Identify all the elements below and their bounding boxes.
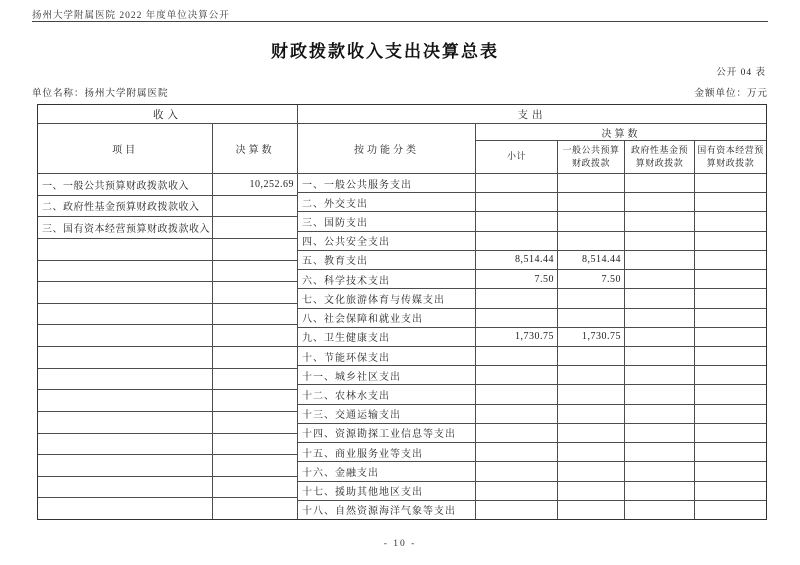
- income-section: 收入 项目 决算数 一、一般公共预算财政拨款收入 10,252.69 二、政府性…: [38, 105, 298, 519]
- expenditure-header-row: 按功能分类 决算数 小计 一般公共预算财政拨款 政府性基金预算财政拨款 国有资本…: [298, 124, 766, 174]
- income-row: [38, 282, 297, 304]
- income-item-cell: [38, 369, 213, 390]
- income-row: [38, 304, 297, 326]
- expenditure-gov-fund-cell: [625, 309, 695, 327]
- expenditure-gov-fund-cell: [625, 328, 695, 346]
- expenditure-gov-fund-cell: [625, 482, 695, 500]
- expenditure-item-cell: 二、外交支出: [298, 193, 476, 211]
- expenditure-subtotal-cell: 1,730.75: [476, 328, 558, 346]
- expenditure-state-capital-cell: [695, 366, 766, 384]
- expenditure-general-budget-cell: [558, 193, 625, 211]
- fiscal-table: 收入 项目 决算数 一、一般公共预算财政拨款收入 10,252.69 二、政府性…: [37, 104, 767, 520]
- expenditure-row: 九、卫生健康支出 1,730.75 1,730.75: [298, 328, 766, 347]
- header-rule: [32, 21, 768, 22]
- expenditure-row: 十七、援助其他地区支出: [298, 482, 766, 501]
- income-item-cell: 一、一般公共预算财政拨款收入: [38, 174, 213, 195]
- expenditure-state-capital-cell: [695, 328, 766, 346]
- page-title: 财政拨款收入支出决算总表: [0, 37, 770, 62]
- expenditure-item-cell: 十四、资源勘探工业信息等支出: [298, 424, 476, 442]
- income-section-header: 收入: [38, 105, 297, 124]
- expenditure-col-general-budget-header: 一般公共预算财政拨款: [558, 141, 625, 173]
- income-row: [38, 455, 297, 477]
- expenditure-item-cell: 八、社会保障和就业支出: [298, 309, 476, 327]
- expenditure-col-function-header: 按功能分类: [298, 124, 476, 173]
- expenditure-general-budget-cell: [558, 385, 625, 403]
- income-row: 二、政府性基金预算财政拨款收入: [38, 196, 297, 218]
- income-amount-cell: [213, 434, 297, 455]
- expenditure-general-budget-cell: [558, 462, 625, 480]
- expenditure-subtotal-cell: [476, 212, 558, 230]
- income-amount-cell: 10,252.69: [213, 174, 297, 195]
- expenditure-general-budget-cell: [558, 482, 625, 500]
- expenditure-general-budget-cell: [558, 212, 625, 230]
- income-item-cell: [38, 434, 213, 455]
- expenditure-general-budget-cell: [558, 405, 625, 423]
- income-amount-cell: [213, 412, 297, 433]
- meta-row: 单位名称：扬州大学附属医院 金额单位：万元: [32, 85, 768, 99]
- expenditure-amount-group: 决算数 小计 一般公共预算财政拨款 政府性基金预算财政拨款 国有资本经营预算财政…: [476, 124, 766, 173]
- expenditure-item-cell: 四、公共安全支出: [298, 232, 476, 250]
- expenditure-general-budget-cell: 8,514.44: [558, 251, 625, 269]
- expenditure-gov-fund-cell: [625, 193, 695, 211]
- amount-unit-label: 金额单位：万元: [694, 85, 768, 99]
- expenditure-general-budget-cell: [558, 289, 625, 307]
- expenditure-row: 十六、金融支出: [298, 462, 766, 481]
- income-row: [38, 261, 297, 283]
- expenditure-item-cell: 九、卫生健康支出: [298, 328, 476, 346]
- expenditure-state-capital-cell: [695, 405, 766, 423]
- expenditure-state-capital-cell: [695, 251, 766, 269]
- expenditure-subtotal-cell: [476, 193, 558, 211]
- expenditure-row: 七、文化旅游体育与传媒支出: [298, 289, 766, 308]
- income-row: [38, 369, 297, 391]
- expenditure-state-capital-cell: [695, 501, 766, 519]
- expenditure-subtotal-cell: [476, 443, 558, 461]
- expenditure-state-capital-cell: [695, 309, 766, 327]
- income-row: 一、一般公共预算财政拨款收入 10,252.69: [38, 174, 297, 196]
- expenditure-item-cell: 六、科学技术支出: [298, 270, 476, 288]
- expenditure-row: 四、公共安全支出: [298, 232, 766, 251]
- expenditure-item-cell: 十、节能环保支出: [298, 347, 476, 365]
- income-amount-cell: [213, 239, 297, 260]
- expenditure-gov-fund-cell: [625, 385, 695, 403]
- expenditure-general-budget-cell: 7.50: [558, 270, 625, 288]
- expenditure-item-cell: 十七、援助其他地区支出: [298, 482, 476, 500]
- expenditure-item-cell: 十五、商业服务业等支出: [298, 443, 476, 461]
- expenditure-state-capital-cell: [695, 482, 766, 500]
- income-item-cell: 二、政府性基金预算财政拨款收入: [38, 196, 213, 217]
- expenditure-item-cell: 一、一般公共服务支出: [298, 174, 476, 192]
- expenditure-item-cell: 十三、交通运输支出: [298, 405, 476, 423]
- expenditure-row: 三、国防支出: [298, 212, 766, 231]
- expenditure-row: 十四、资源勘探工业信息等支出: [298, 424, 766, 443]
- expenditure-subtotal-cell: [476, 309, 558, 327]
- expenditure-row: 十二、农林水支出: [298, 385, 766, 404]
- income-row: 三、国有资本经营预算财政拨款收入: [38, 217, 297, 239]
- expenditure-gov-fund-cell: [625, 212, 695, 230]
- income-item-cell: [38, 390, 213, 411]
- expenditure-row: 六、科学技术支出 7.50 7.50: [298, 270, 766, 289]
- expenditure-state-capital-cell: [695, 270, 766, 288]
- expenditure-item-cell: 十二、农林水支出: [298, 385, 476, 403]
- expenditure-subtotal-cell: [476, 366, 558, 384]
- expenditure-general-budget-cell: [558, 309, 625, 327]
- expenditure-gov-fund-cell: [625, 405, 695, 423]
- expenditure-state-capital-cell: [695, 193, 766, 211]
- income-row: [38, 239, 297, 261]
- income-amount-cell: [213, 304, 297, 325]
- expenditure-subtotal-cell: [476, 232, 558, 250]
- expenditure-row: 八、社会保障和就业支出: [298, 309, 766, 328]
- income-header-row: 项目 决算数: [38, 124, 297, 174]
- income-col-amount-header: 决算数: [213, 124, 297, 173]
- expenditure-row: 十八、自然资源海洋气象等支出: [298, 501, 766, 519]
- expenditure-gov-fund-cell: [625, 289, 695, 307]
- expenditure-body: 一、一般公共服务支出 二、外交支出 三、国防支出 四、公共安全支出 五、教育支出…: [298, 174, 766, 519]
- income-row: [38, 434, 297, 456]
- income-amount-cell: [213, 390, 297, 411]
- income-row: [38, 325, 297, 347]
- income-body: 一、一般公共预算财政拨款收入 10,252.69 二、政府性基金预算财政拨款收入…: [38, 174, 297, 519]
- income-amount-cell: [213, 217, 297, 238]
- income-amount-cell: [213, 369, 297, 390]
- income-amount-cell: [213, 282, 297, 303]
- expenditure-gov-fund-cell: [625, 270, 695, 288]
- income-amount-cell: [213, 498, 297, 519]
- expenditure-subtotal-cell: 8,514.44: [476, 251, 558, 269]
- expenditure-subtotal-cell: [476, 482, 558, 500]
- expenditure-general-budget-cell: [558, 501, 625, 519]
- document-page: 扬州大学附属医院 2022 年度单位决算公开 财政拨款收入支出决算总表 公开 0…: [0, 0, 800, 565]
- income-row: [38, 412, 297, 434]
- income-item-cell: [38, 282, 213, 303]
- expenditure-subtotal-cell: [476, 347, 558, 365]
- expenditure-subtotal-cell: 7.50: [476, 270, 558, 288]
- expenditure-general-budget-cell: [558, 174, 625, 192]
- expenditure-state-capital-cell: [695, 385, 766, 403]
- expenditure-row: 十、节能环保支出: [298, 347, 766, 366]
- table-number-label: 公开 04 表: [716, 64, 766, 78]
- expenditure-gov-fund-cell: [625, 347, 695, 365]
- expenditure-row: 十三、交通运输支出: [298, 405, 766, 424]
- income-item-cell: [38, 412, 213, 433]
- expenditure-gov-fund-cell: [625, 174, 695, 192]
- income-item-cell: [38, 239, 213, 260]
- expenditure-subtotal-cell: [476, 501, 558, 519]
- expenditure-general-budget-cell: [558, 366, 625, 384]
- expenditure-col-state-capital-header: 国有资本经营预算财政拨款: [695, 141, 766, 173]
- expenditure-subtotal-cell: [476, 385, 558, 403]
- income-row: [38, 347, 297, 369]
- expenditure-subtotal-cell: [476, 462, 558, 480]
- expenditure-gov-fund-cell: [625, 462, 695, 480]
- expenditure-subtotal-cell: [476, 289, 558, 307]
- income-amount-cell: [213, 455, 297, 476]
- expenditure-state-capital-cell: [695, 443, 766, 461]
- expenditure-row: 十五、商业服务业等支出: [298, 443, 766, 462]
- expenditure-general-budget-cell: [558, 232, 625, 250]
- expenditure-item-cell: 十一、城乡社区支出: [298, 366, 476, 384]
- expenditure-state-capital-cell: [695, 289, 766, 307]
- expenditure-state-capital-cell: [695, 212, 766, 230]
- expenditure-item-cell: 五、教育支出: [298, 251, 476, 269]
- expenditure-state-capital-cell: [695, 424, 766, 442]
- income-item-cell: 三、国有资本经营预算财政拨款收入: [38, 217, 213, 238]
- expenditure-general-budget-cell: 1,730.75: [558, 328, 625, 346]
- income-item-cell: [38, 325, 213, 346]
- expenditure-state-capital-cell: [695, 232, 766, 250]
- income-row: [38, 498, 297, 519]
- expenditure-gov-fund-cell: [625, 443, 695, 461]
- expenditure-amount-group-header: 决算数: [476, 124, 766, 141]
- expenditure-row: 五、教育支出 8,514.44 8,514.44: [298, 251, 766, 270]
- expenditure-state-capital-cell: [695, 462, 766, 480]
- expenditure-item-cell: 十八、自然资源海洋气象等支出: [298, 501, 476, 519]
- expenditure-state-capital-cell: [695, 347, 766, 365]
- income-item-cell: [38, 477, 213, 498]
- income-amount-cell: [213, 325, 297, 346]
- expenditure-gov-fund-cell: [625, 424, 695, 442]
- expenditure-subtotal-cell: [476, 424, 558, 442]
- income-item-cell: [38, 261, 213, 282]
- expenditure-col-subtotal-header: 小计: [476, 141, 558, 173]
- expenditure-subtotal-cell: [476, 405, 558, 423]
- expenditure-subtotal-cell: [476, 174, 558, 192]
- expenditure-row: 十一、城乡社区支出: [298, 366, 766, 385]
- income-row: [38, 390, 297, 412]
- expenditure-gov-fund-cell: [625, 251, 695, 269]
- expenditure-section: 支出 按功能分类 决算数 小计 一般公共预算财政拨款 政府性基金预算财政拨款 国…: [298, 105, 766, 519]
- expenditure-row: 二、外交支出: [298, 193, 766, 212]
- income-amount-cell: [213, 477, 297, 498]
- expenditure-general-budget-cell: [558, 347, 625, 365]
- expenditure-item-cell: 七、文化旅游体育与传媒支出: [298, 289, 476, 307]
- income-amount-cell: [213, 261, 297, 282]
- expenditure-section-header: 支出: [298, 105, 766, 124]
- expenditure-subheaders: 小计 一般公共预算财政拨款 政府性基金预算财政拨款 国有资本经营预算财政拨款: [476, 141, 766, 173]
- income-item-cell: [38, 498, 213, 519]
- expenditure-gov-fund-cell: [625, 501, 695, 519]
- unit-name-label: 单位名称：扬州大学附属医院: [32, 85, 169, 99]
- income-amount-cell: [213, 347, 297, 368]
- income-item-cell: [38, 455, 213, 476]
- expenditure-row: 一、一般公共服务支出: [298, 174, 766, 193]
- expenditure-general-budget-cell: [558, 424, 625, 442]
- income-col-item-header: 项目: [38, 124, 213, 173]
- expenditure-item-cell: 十六、金融支出: [298, 462, 476, 480]
- income-amount-cell: [213, 196, 297, 217]
- expenditure-col-gov-fund-header: 政府性基金预算财政拨款: [625, 141, 695, 173]
- income-row: [38, 477, 297, 499]
- expenditure-item-cell: 三、国防支出: [298, 212, 476, 230]
- expenditure-state-capital-cell: [695, 174, 766, 192]
- income-item-cell: [38, 347, 213, 368]
- expenditure-general-budget-cell: [558, 443, 625, 461]
- page-number: - 10 -: [0, 539, 800, 549]
- income-item-cell: [38, 304, 213, 325]
- expenditure-gov-fund-cell: [625, 232, 695, 250]
- document-header-note: 扬州大学附属医院 2022 年度单位决算公开: [32, 7, 230, 21]
- expenditure-gov-fund-cell: [625, 366, 695, 384]
